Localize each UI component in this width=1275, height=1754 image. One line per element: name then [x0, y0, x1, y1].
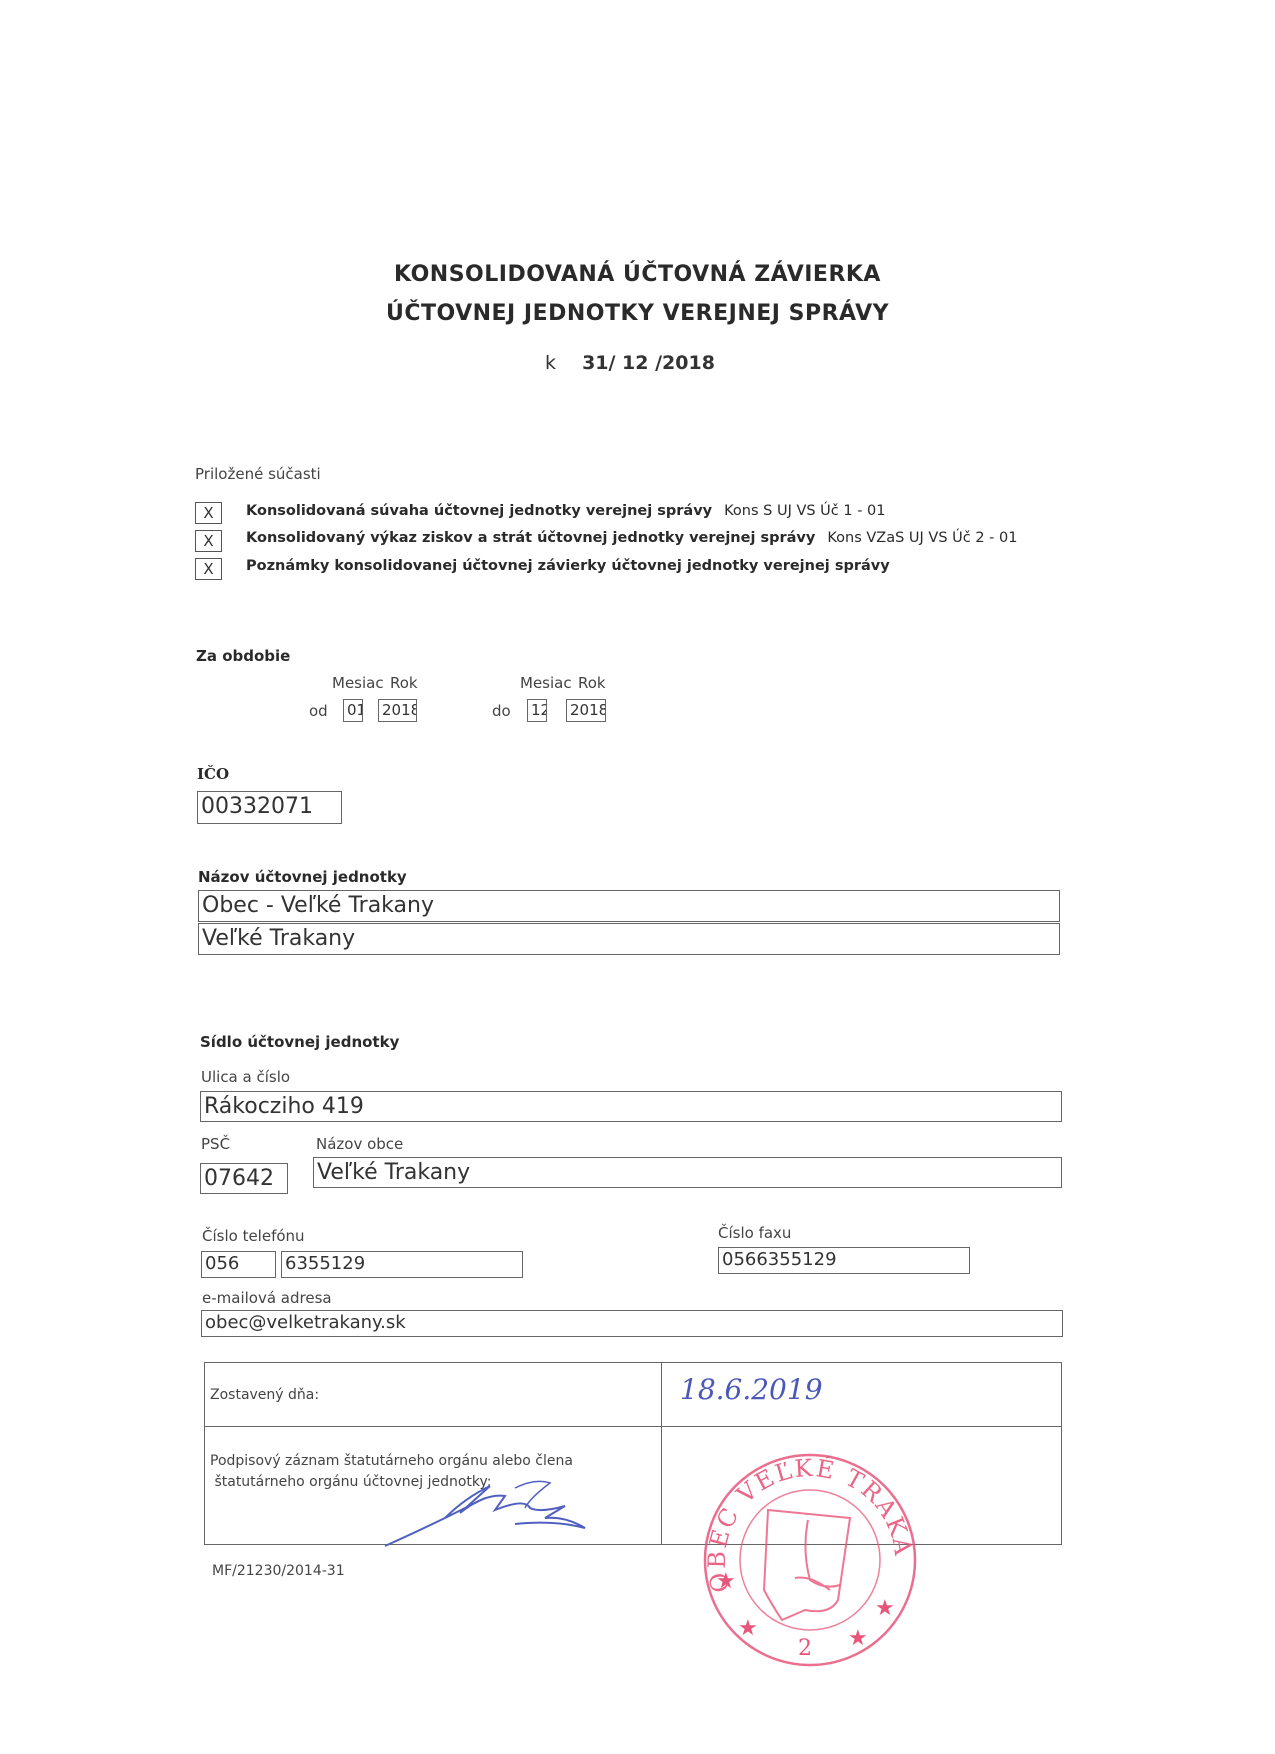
period-heading: Za obdobie — [196, 647, 290, 665]
email-field[interactable]: obec@velketrakany.sk — [201, 1310, 1063, 1337]
form-code: MF/21230/2014-31 — [212, 1563, 345, 1579]
official-stamp-icon: OBEC VEĽKÉ TRAKANY ★ ★ ★ ★ 2 — [690, 1440, 930, 1680]
signature-scribble-icon — [365, 1458, 625, 1558]
date-prefix: k — [545, 352, 556, 374]
city-field[interactable]: Veľké Trakany — [313, 1157, 1062, 1188]
ico-field[interactable]: 00332071 — [197, 791, 342, 824]
from-year-label: Rok — [390, 674, 418, 692]
compiled-date-handwritten[interactable]: 18.6.2019 — [680, 1373, 823, 1406]
phone-number-field[interactable]: 6355129 — [281, 1251, 523, 1278]
table-divider-horizontal — [205, 1426, 1061, 1427]
phone-label: Číslo telefónu — [202, 1227, 305, 1245]
attachment-item-3: Poznámky konsolidovanej účtovnej závierk… — [246, 558, 890, 574]
city-label: Názov obce — [316, 1135, 403, 1153]
from-label: od — [309, 702, 328, 720]
svg-text:★: ★ — [848, 1626, 868, 1651]
compiled-label: Zostavený dňa: — [210, 1387, 319, 1403]
attachment-checkbox-1[interactable]: X — [195, 502, 222, 524]
from-month-field[interactable]: 01 — [343, 699, 363, 722]
to-label: do — [492, 702, 511, 720]
document-title-line2: ÚČTOVNEJ JEDNOTKY VEREJNEJ SPRÁVY — [0, 301, 1275, 326]
from-month-label: Mesiac — [332, 674, 384, 692]
attachment-item-2: Konsolidovaný výkaz ziskov a strát účtov… — [246, 530, 1017, 546]
to-month-field[interactable]: 12 — [527, 699, 547, 722]
address-heading: Sídlo účtovnej jednotky — [200, 1033, 399, 1051]
fax-field[interactable]: 0566355129 — [718, 1247, 970, 1274]
ico-label: IČO — [197, 765, 229, 783]
date-value: 31/ 12 /2018 — [582, 352, 715, 374]
attachment-code: Kons VZaS UJ VS Úč 2 - 01 — [827, 530, 1017, 546]
document-title-line1: KONSOLIDOVANÁ ÚČTOVNÁ ZÁVIERKA — [0, 262, 1275, 287]
attachment-item-1: Konsolidovaná súvaha účtovnej jednotky v… — [246, 503, 886, 519]
table-divider-vertical — [661, 1363, 662, 1544]
svg-text:2: 2 — [798, 1636, 812, 1661]
fax-label: Číslo faxu — [718, 1224, 791, 1242]
street-label: Ulica a číslo — [201, 1068, 290, 1086]
street-field[interactable]: Rákocziho 419 — [200, 1091, 1062, 1122]
svg-text:★: ★ — [738, 1616, 758, 1641]
attachment-label: Konsolidovaná súvaha účtovnej jednotky v… — [246, 503, 712, 519]
psc-field[interactable]: 07642 — [200, 1163, 288, 1194]
attachments-heading: Priložené súčasti — [195, 465, 321, 483]
attachment-code: Kons S UJ VS Úč 1 - 01 — [724, 503, 885, 519]
to-year-field[interactable]: 2018 — [566, 699, 606, 722]
attachment-checkbox-3[interactable]: X — [195, 558, 222, 580]
attachment-label: Konsolidovaný výkaz ziskov a strát účtov… — [246, 530, 815, 546]
email-label: e-mailová adresa — [202, 1289, 332, 1307]
to-year-label: Rok — [578, 674, 606, 692]
phone-prefix-field[interactable]: 056 — [201, 1251, 276, 1278]
attachment-label: Poznámky konsolidovanej účtovnej závierk… — [246, 558, 890, 574]
psc-label: PSČ — [201, 1135, 230, 1153]
svg-text:★: ★ — [875, 1596, 895, 1621]
entity-name-line1-field[interactable]: Obec - Veľké Trakany — [198, 890, 1060, 922]
signature-table: Zostavený dňa: 18.6.2019 Podpisový zázna… — [204, 1362, 1062, 1545]
attachment-checkbox-2[interactable]: X — [195, 530, 222, 552]
to-month-label: Mesiac — [520, 674, 572, 692]
svg-text:★: ★ — [716, 1569, 736, 1594]
report-date: k 31/ 12 /2018 — [545, 352, 715, 374]
entity-name-label: Názov účtovnej jednotky — [198, 868, 407, 886]
entity-name-line2-field[interactable]: Veľké Trakany — [198, 923, 1060, 955]
from-year-field[interactable]: 2018 — [378, 699, 417, 722]
